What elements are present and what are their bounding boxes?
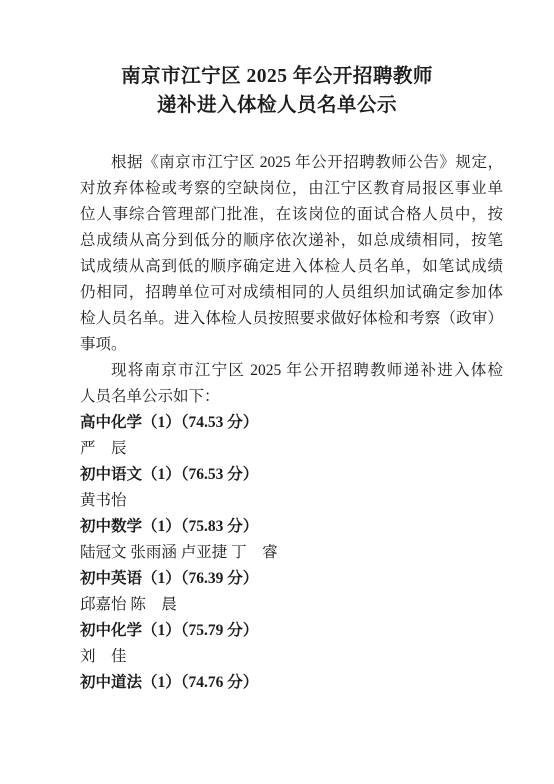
paragraph-line: 总成绩从高分到低分的顺序依次递补，如总成绩相同，按笔 — [80, 228, 503, 254]
roster-candidates: 严 辰 — [80, 436, 503, 462]
paragraph-line: 位人事综合管理部门批准，在该岗位的面试合格人员中，按 — [80, 202, 503, 228]
paragraph-line: 事项。 — [80, 332, 503, 358]
roster-position: 高中化学（1）（74.53 分） — [80, 410, 503, 436]
document-title: 南京市江宁区 2025 年公开招聘教师 递补进入体检人员名单公示 — [0, 62, 554, 120]
roster-item: 高中化学（1）（74.53 分） 严 辰 — [80, 410, 503, 462]
roster-position: 初中英语（1）（76.39 分） — [80, 566, 503, 592]
document-page: 南京市江宁区 2025 年公开招聘教师 递补进入体检人员名单公示 根据《南京市江… — [0, 0, 554, 784]
document-body: 根据《南京市江宁区 2025 年公开招聘教师公告》规定， 对放弃体检或考察的空缺… — [80, 150, 503, 696]
roster-candidates: 黄书怡 — [80, 488, 503, 514]
roster-item: 初中英语（1）（76.39 分） 邱嘉怡 陈 晨 — [80, 566, 503, 618]
roster-candidates: 邱嘉怡 陈 晨 — [80, 592, 503, 618]
paragraph-line: 检人员名单。进入体检人员按照要求做好体检和考察（政审） — [80, 306, 503, 332]
paragraph-line: 人员名单公示如下： — [80, 384, 503, 410]
roster-position: 初中道法（1）（74.76 分） — [80, 670, 503, 696]
roster-section: 高中化学（1）（74.53 分） 严 辰 初中语文（1）（76.53 分） 黄书… — [80, 410, 503, 696]
paragraph-line: 仍相同，招聘单位可对成绩相同的人员组织加试确定参加体 — [80, 280, 503, 306]
roster-item: 初中化学（1）（75.79 分） 刘 佳 — [80, 618, 503, 670]
paragraph: 现将南京市江宁区 2025 年公开招聘教师递补进入体检 人员名单公示如下： — [80, 358, 503, 410]
paragraph-line: 试成绩从高到低的顺序确定进入体检人员名单，如笔试成绩 — [80, 254, 503, 280]
paragraph: 根据《南京市江宁区 2025 年公开招聘教师公告》规定， 对放弃体检或考察的空缺… — [80, 150, 503, 358]
roster-candidates: 刘 佳 — [80, 644, 503, 670]
roster-position: 初中数学（1）（75.83 分） — [80, 514, 503, 540]
roster-candidates: 陆冠文 张雨涵 卢亚捷 丁 睿 — [80, 540, 503, 566]
roster-position: 初中化学（1）（75.79 分） — [80, 618, 503, 644]
document-title-line: 南京市江宁区 2025 年公开招聘教师 — [0, 62, 554, 91]
paragraph-line: 对放弃体检或考察的空缺岗位，由江宁区教育局报区事业单 — [80, 176, 503, 202]
roster-item: 初中数学（1）（75.83 分） 陆冠文 张雨涵 卢亚捷 丁 睿 — [80, 514, 503, 566]
roster-item: 初中道法（1）（74.76 分） — [80, 670, 503, 696]
paragraph-line: 根据《南京市江宁区 2025 年公开招聘教师公告》规定， — [80, 150, 503, 176]
paragraph-line: 现将南京市江宁区 2025 年公开招聘教师递补进入体检 — [80, 358, 503, 384]
roster-item: 初中语文（1）（76.53 分） 黄书怡 — [80, 462, 503, 514]
paragraphs-section: 根据《南京市江宁区 2025 年公开招聘教师公告》规定， 对放弃体检或考察的空缺… — [80, 150, 503, 410]
document-title-line: 递补进入体检人员名单公示 — [0, 91, 554, 120]
roster-position: 初中语文（1）（76.53 分） — [80, 462, 503, 488]
